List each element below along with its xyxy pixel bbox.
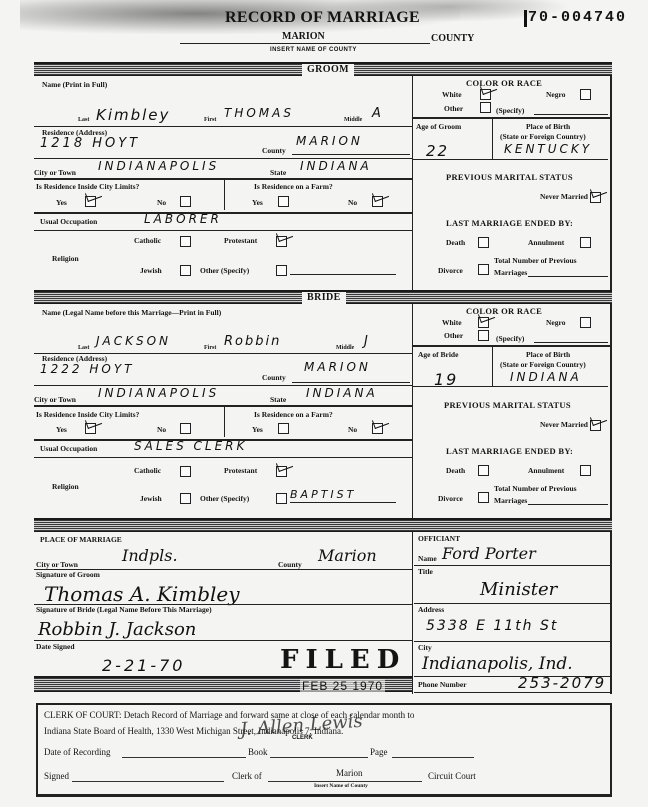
document-title: RECORD OF MARRIAGE bbox=[225, 9, 420, 27]
place-county-label: County bbox=[278, 560, 302, 569]
groom-other-religion-label: Other (Specify) bbox=[200, 266, 249, 275]
groom-occupation-label: Usual Occupation bbox=[40, 217, 97, 226]
groom-inside-city-no-checkbox[interactable] bbox=[180, 196, 191, 207]
groom-state-label: State bbox=[270, 168, 286, 177]
officiant-city-label: City bbox=[418, 643, 432, 652]
groom-jewish-label: Jewish bbox=[140, 266, 162, 275]
groom-total-prev-label: Total Number of Previous bbox=[494, 256, 577, 265]
groom-negro-label: Negro bbox=[546, 90, 565, 99]
place-city-label: City or Town bbox=[36, 560, 78, 569]
header-county-line bbox=[180, 43, 430, 44]
officiant-title: OFFICIANT bbox=[418, 534, 460, 543]
groom-column-divider bbox=[412, 76, 413, 296]
record-number: 70-004740 bbox=[528, 9, 627, 26]
groom-county: MARION bbox=[296, 134, 363, 148]
bride-protestant-checkbox[interactable] bbox=[276, 466, 287, 477]
groom-catholic-label: Catholic bbox=[134, 236, 161, 245]
place-county: Marion bbox=[318, 546, 377, 565]
clerk-of-label: Clerk of bbox=[232, 771, 262, 781]
officiant-name: Ford Porter bbox=[442, 544, 536, 563]
bride-on-farm-no-checkbox[interactable] bbox=[372, 423, 383, 434]
groom-age: 22 bbox=[426, 142, 449, 160]
bride-marital-title: PREVIOUS MARITAL STATUS bbox=[444, 400, 571, 410]
bride-religion-other: BAPTIST bbox=[290, 488, 356, 501]
bride-name-label: Name (Legal Name before this Marriage—Pr… bbox=[42, 308, 221, 317]
groom-inside-city-yes-checkbox[interactable] bbox=[85, 196, 96, 207]
bride-religion-label: Religion bbox=[52, 482, 79, 491]
bride-birth-sub-label: (State or Foreign Country) bbox=[500, 360, 586, 369]
groom-protestant-checkbox[interactable] bbox=[276, 236, 287, 247]
bride-protestant-label: Protestant bbox=[224, 466, 257, 475]
bride-farm-no-label: No bbox=[348, 425, 357, 434]
insert-county-label: INSERT NAME OF COUNTY bbox=[270, 47, 357, 53]
groom-city-label: City or Town bbox=[34, 168, 76, 177]
officiant-phone-label: Phone Number bbox=[418, 680, 467, 689]
bride-first-label: First bbox=[204, 345, 216, 351]
bride-county-label: County bbox=[262, 373, 286, 382]
insert-name-of-county-label: Insert Name of County bbox=[314, 783, 368, 789]
officiant-address: 5338 E 11th St bbox=[426, 618, 558, 634]
groom-specify-label: (Specify) bbox=[496, 106, 524, 115]
bride-inside-city-label: Is Residence Inside City Limits? bbox=[36, 410, 139, 419]
bride-death-label: Death bbox=[446, 466, 465, 475]
groom-religion-label: Religion bbox=[52, 254, 79, 263]
date-signed-label: Date Signed bbox=[36, 642, 75, 651]
bride-city-no-label: No bbox=[157, 425, 166, 434]
groom-catholic-checkbox[interactable] bbox=[180, 236, 191, 247]
bride-county: MARION bbox=[304, 360, 371, 374]
filed-stamp: FILED bbox=[280, 645, 406, 675]
header-county-word: COUNTY bbox=[431, 33, 474, 44]
bride-catholic-checkbox[interactable] bbox=[180, 466, 191, 477]
book-field[interactable] bbox=[270, 757, 368, 758]
groom-city: INDIANAPOLIS bbox=[98, 159, 219, 173]
groom-last-label: Last bbox=[78, 117, 89, 123]
groom-negro-checkbox[interactable] bbox=[580, 89, 591, 100]
clerk-stamp-label: CLERK bbox=[292, 735, 313, 741]
bride-last-label: Last bbox=[78, 345, 89, 351]
groom-middle-name: A bbox=[372, 106, 383, 121]
bride-farm-yes-label: Yes bbox=[252, 425, 263, 434]
groom-inside-city-label: Is Residence Inside City Limits? bbox=[36, 182, 139, 191]
page-field[interactable] bbox=[392, 757, 474, 758]
groom-section-label: GROOM bbox=[302, 64, 354, 76]
bride-negro-checkbox[interactable] bbox=[580, 317, 591, 328]
groom-never-married-label: Never Married bbox=[540, 192, 588, 201]
bride-total-prev-label: Total Number of Previous bbox=[494, 484, 577, 493]
groom-jewish-checkbox[interactable] bbox=[180, 265, 191, 276]
groom-residence: 1218 HOYT bbox=[40, 136, 140, 151]
groom-on-farm-yes-checkbox[interactable] bbox=[278, 196, 289, 207]
bride-inside-city-no-checkbox[interactable] bbox=[180, 423, 191, 434]
groom-annulment-checkbox[interactable] bbox=[580, 237, 591, 248]
officiant-name-label: Name bbox=[418, 554, 437, 563]
groom-protestant-label: Protestant bbox=[224, 236, 257, 245]
groom-death-label: Death bbox=[446, 238, 465, 247]
bride-inside-city-yes-checkbox[interactable] bbox=[85, 423, 96, 434]
filed-date-stamp: FEB 25 1970 bbox=[300, 679, 385, 693]
groom-other-religion-checkbox[interactable] bbox=[276, 265, 287, 276]
bride-age-label: Age of Bride bbox=[418, 350, 458, 359]
groom-birth-sub-label: (State or Foreign Country) bbox=[500, 132, 586, 141]
groom-other-race-checkbox[interactable] bbox=[480, 102, 491, 113]
bride-signature-label: Signature of Bride (Legal Name Before Th… bbox=[36, 605, 212, 614]
groom-white-checkbox[interactable] bbox=[480, 89, 491, 100]
bride-marriages-label: Marriages bbox=[494, 496, 527, 505]
bride-section-label: BRIDE bbox=[302, 292, 346, 304]
bride-never-married-checkbox[interactable] bbox=[590, 420, 601, 431]
date-of-recording-label: Date of Recording bbox=[44, 747, 110, 757]
officiant-column-divider bbox=[412, 532, 413, 694]
groom-first-name: THOMAS bbox=[224, 106, 294, 120]
groom-state: INDIANA bbox=[300, 159, 372, 173]
bride-on-farm-yes-checkbox[interactable] bbox=[278, 423, 289, 434]
bride-white-label: White bbox=[442, 318, 462, 327]
bride-on-farm-label: Is Residence on a Farm? bbox=[254, 410, 333, 419]
bride-birthplace: INDIANA bbox=[510, 370, 582, 384]
groom-farm-no-label: No bbox=[348, 198, 357, 207]
bride-last-name: JACKSON bbox=[96, 334, 171, 348]
bride-occupation-label: Usual Occupation bbox=[40, 444, 97, 453]
bride-middle-label: Middle bbox=[336, 345, 354, 351]
bride-negro-label: Negro bbox=[546, 318, 565, 327]
groom-city-no-label: No bbox=[157, 198, 166, 207]
groom-death-checkbox[interactable] bbox=[478, 237, 489, 248]
signed-label: Signed bbox=[44, 771, 69, 781]
page-label: Page bbox=[370, 747, 388, 757]
bride-annulment-checkbox[interactable] bbox=[580, 465, 591, 476]
bride-divorce-checkbox[interactable] bbox=[478, 492, 489, 503]
bride-column-divider bbox=[412, 304, 413, 520]
bride-jewish-checkbox[interactable] bbox=[180, 493, 191, 504]
groom-race-title: COLOR OR RACE bbox=[466, 78, 542, 88]
bride-catholic-label: Catholic bbox=[134, 466, 161, 475]
groom-age-label: Age of Groom bbox=[416, 122, 461, 131]
groom-section-bar: GROOM bbox=[34, 62, 612, 76]
groom-marriages-label: Marriages bbox=[494, 268, 527, 277]
groom-other-race-label: Other bbox=[444, 104, 463, 113]
groom-farm-yes-label: Yes bbox=[252, 198, 263, 207]
bride-specify-label: (Specify) bbox=[496, 334, 524, 343]
bride-other-religion-label: Other (Specify) bbox=[200, 494, 249, 503]
groom-annulment-label: Annulment bbox=[528, 238, 564, 247]
groom-county-label: County bbox=[262, 146, 286, 155]
officiant-city: Indianapolis, Ind. bbox=[422, 654, 573, 674]
groom-divorce-label: Divorce bbox=[438, 266, 463, 275]
bride-state: INDIANA bbox=[306, 386, 378, 400]
marriage-form: GROOM Name (Print in Full) Last Kimbley … bbox=[34, 62, 612, 694]
groom-birth-label: Place of Birth bbox=[526, 122, 570, 131]
groom-never-married-checkbox[interactable] bbox=[590, 192, 601, 203]
groom-on-farm-no-checkbox[interactable] bbox=[372, 196, 383, 207]
date-signed: 2-21-70 bbox=[102, 656, 185, 675]
bride-jewish-label: Jewish bbox=[140, 494, 162, 503]
groom-divorce-checkbox[interactable] bbox=[478, 264, 489, 275]
groom-first-label: First bbox=[204, 117, 216, 123]
bride-city-label: City or Town bbox=[34, 395, 76, 404]
bride-occupation: SALES CLERK bbox=[134, 439, 247, 453]
bride-other-race-label: Other bbox=[444, 331, 463, 340]
header-county-name: MARION bbox=[282, 31, 325, 42]
bride-city: INDIANAPOLIS bbox=[98, 386, 219, 400]
bride-death-checkbox[interactable] bbox=[478, 465, 489, 476]
bride-section-bar: BRIDE bbox=[34, 290, 612, 304]
officiant-title-value: Minister bbox=[480, 579, 557, 600]
bride-state-label: State bbox=[270, 395, 286, 404]
officiant-title-label: Title bbox=[418, 567, 433, 576]
bride-divorce-label: Divorce bbox=[438, 494, 463, 503]
groom-ended-title: LAST MARRIAGE ENDED BY: bbox=[446, 218, 573, 228]
bride-annulment-label: Annulment bbox=[528, 466, 564, 475]
bride-other-race-checkbox[interactable] bbox=[478, 330, 489, 341]
groom-signature: Thomas A. Kimbley bbox=[44, 582, 240, 606]
place-section-bar bbox=[34, 518, 612, 532]
groom-city-yes-label: Yes bbox=[56, 198, 67, 207]
bride-city-yes-label: Yes bbox=[56, 425, 67, 434]
groom-middle-label: Middle bbox=[344, 117, 362, 123]
officiant-address-label: Address bbox=[418, 605, 444, 614]
place-title: PLACE OF MARRIAGE bbox=[40, 535, 122, 544]
bride-first-name: Robbin bbox=[224, 334, 281, 349]
book-label: Book bbox=[248, 747, 268, 757]
groom-name-label: Name (Print in Full) bbox=[42, 80, 107, 89]
groom-occupation: LABORER bbox=[144, 212, 222, 226]
place-city: Indpls. bbox=[122, 546, 178, 565]
bride-ended-title: LAST MARRIAGE ENDED BY: bbox=[446, 446, 573, 456]
bride-signature: Robbin J. Jackson bbox=[38, 619, 196, 640]
groom-birthplace: KENTUCKY bbox=[504, 142, 592, 156]
bride-other-religion-checkbox[interactable] bbox=[276, 493, 287, 504]
bride-middle-name: J bbox=[364, 334, 370, 349]
groom-marital-title: PREVIOUS MARITAL STATUS bbox=[446, 172, 573, 182]
bride-birth-label: Place of Birth bbox=[526, 350, 570, 359]
bride-white-checkbox[interactable] bbox=[478, 317, 489, 328]
bride-residence: 1222 HOYT bbox=[40, 362, 134, 376]
date-of-recording-field[interactable] bbox=[122, 757, 246, 758]
groom-on-farm-label: Is Residence on a Farm? bbox=[254, 182, 333, 191]
bride-never-married-label: Never Married bbox=[540, 420, 588, 429]
officiant-phone: 253-2079 bbox=[518, 674, 606, 692]
clerk-county: Marion bbox=[336, 768, 363, 778]
groom-signature-label: Signature of Groom bbox=[36, 570, 100, 579]
groom-white-label: White bbox=[442, 90, 462, 99]
signed-field[interactable] bbox=[72, 781, 224, 782]
circuit-court-label: Circuit Court bbox=[428, 771, 476, 781]
groom-last-name: Kimbley bbox=[96, 106, 170, 124]
